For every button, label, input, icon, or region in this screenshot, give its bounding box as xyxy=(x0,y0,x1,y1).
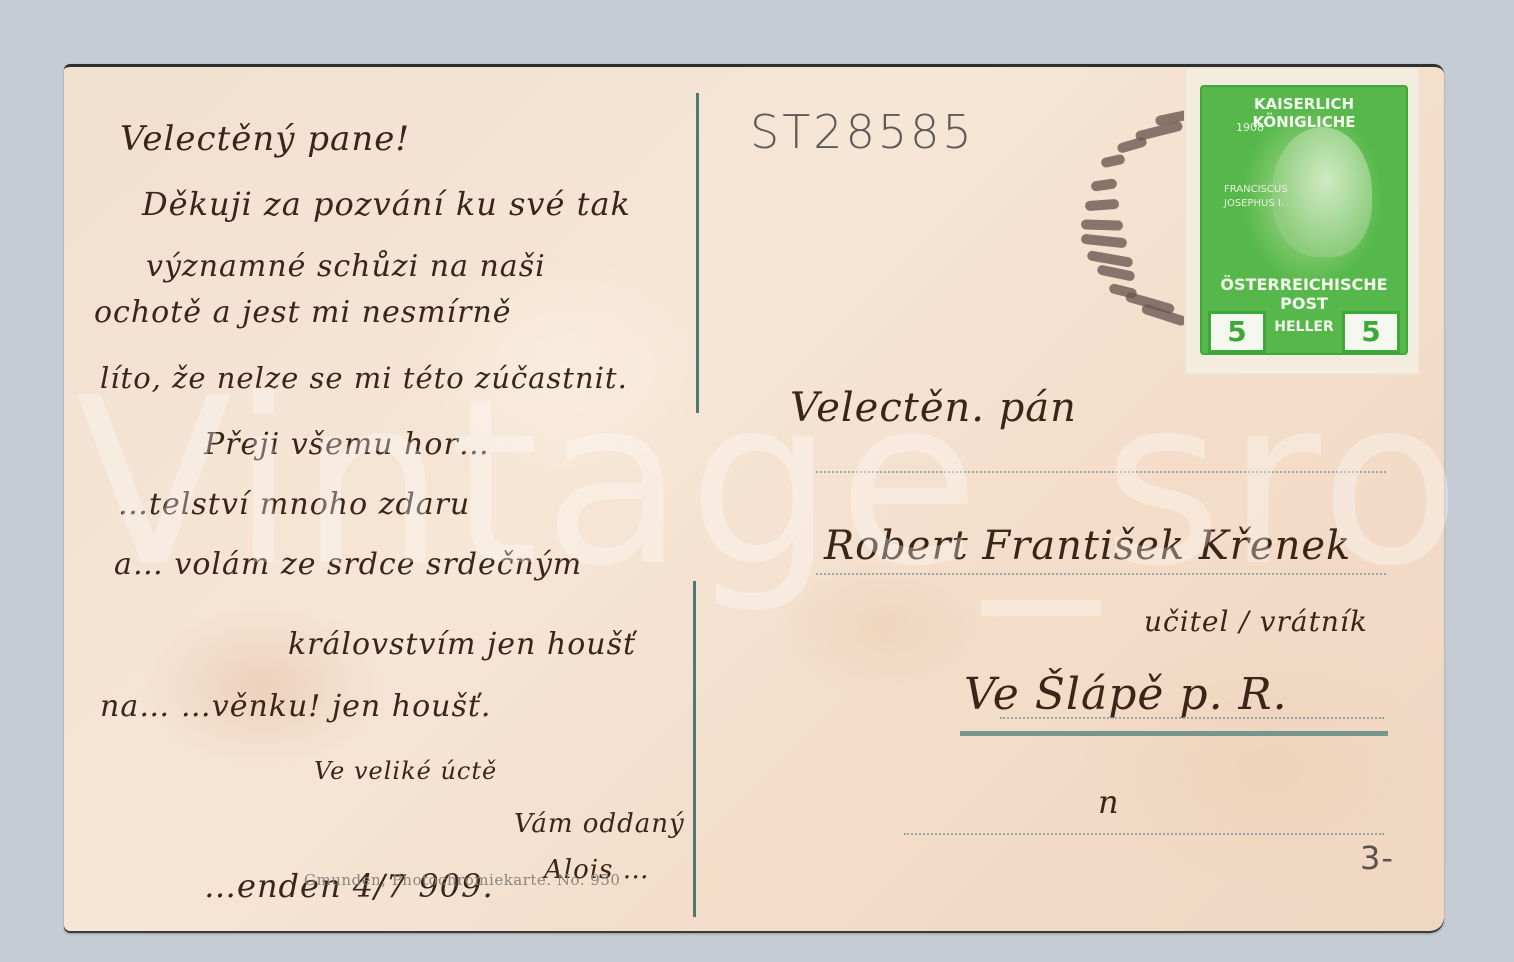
address-dotted-line xyxy=(816,573,1386,575)
reference-number: ST28585 xyxy=(750,105,975,159)
stamp-value-left: 5 xyxy=(1208,311,1266,353)
stamp-text-bottom: ÖSTERREICHISCHE POST xyxy=(1202,275,1406,313)
address-dotted-line xyxy=(904,833,1384,835)
stamp-text-top: KAISERLICH KÖNIGLICHE xyxy=(1202,95,1406,131)
stamp-year: 1908 xyxy=(1236,121,1264,134)
stamp-design: KAISERLICH KÖNIGLICHE 1908 FRANCISCUS JO… xyxy=(1200,85,1408,355)
address-dotted-line xyxy=(1000,717,1384,719)
postcard: Velectěný pane! Děkuji za pozvání ku své… xyxy=(64,64,1444,933)
printer-imprint: Gmunden, Photochromiekarte. No. 950 xyxy=(304,871,620,889)
message-line: Děkuji za pozvání ku své tak xyxy=(142,185,631,223)
address-line: n xyxy=(1098,783,1120,821)
address-dotted-line xyxy=(816,471,1386,473)
message-line: královstvím jen houšť xyxy=(288,627,636,662)
address-rule xyxy=(960,731,1388,736)
message-line: líto, že nelze se mi této zúčastnit. xyxy=(100,361,628,395)
message-line: Velectěný pane! xyxy=(120,119,410,159)
stamp-value-right: 5 xyxy=(1342,311,1400,353)
message-line: …telství mnoho zdaru xyxy=(118,487,470,522)
postage-stamp: KAISERLICH KÖNIGLICHE 1908 FRANCISCUS JO… xyxy=(1186,69,1418,373)
message-line: a… volám ze srdce srdečným xyxy=(114,547,582,582)
message-line: Ve veliké úctě xyxy=(314,757,497,785)
center-divider xyxy=(693,581,696,917)
address-line: Ve Šlápě p. R. xyxy=(964,669,1288,720)
center-divider xyxy=(696,93,699,413)
stamp-value-unit: HELLER xyxy=(1268,319,1340,335)
address-line: Velectěn. pán xyxy=(790,385,1077,431)
stamp-portrait-text: FRANCISCUS JOSEPHUS I. xyxy=(1224,183,1284,211)
address-line: Robert František Křenek xyxy=(824,523,1351,569)
address-line: učitel / vrátník xyxy=(1144,605,1368,638)
signature-line: Vám oddaný xyxy=(514,809,685,839)
price-note: 3- xyxy=(1360,839,1394,877)
message-line: Přeji všemu hor… xyxy=(204,427,490,462)
message-line: významné schůzi na naši xyxy=(146,249,546,284)
message-line: na… …věnku! jen houšť. xyxy=(100,689,491,724)
message-line: ochotě a jest mi nesmírně xyxy=(94,295,512,330)
